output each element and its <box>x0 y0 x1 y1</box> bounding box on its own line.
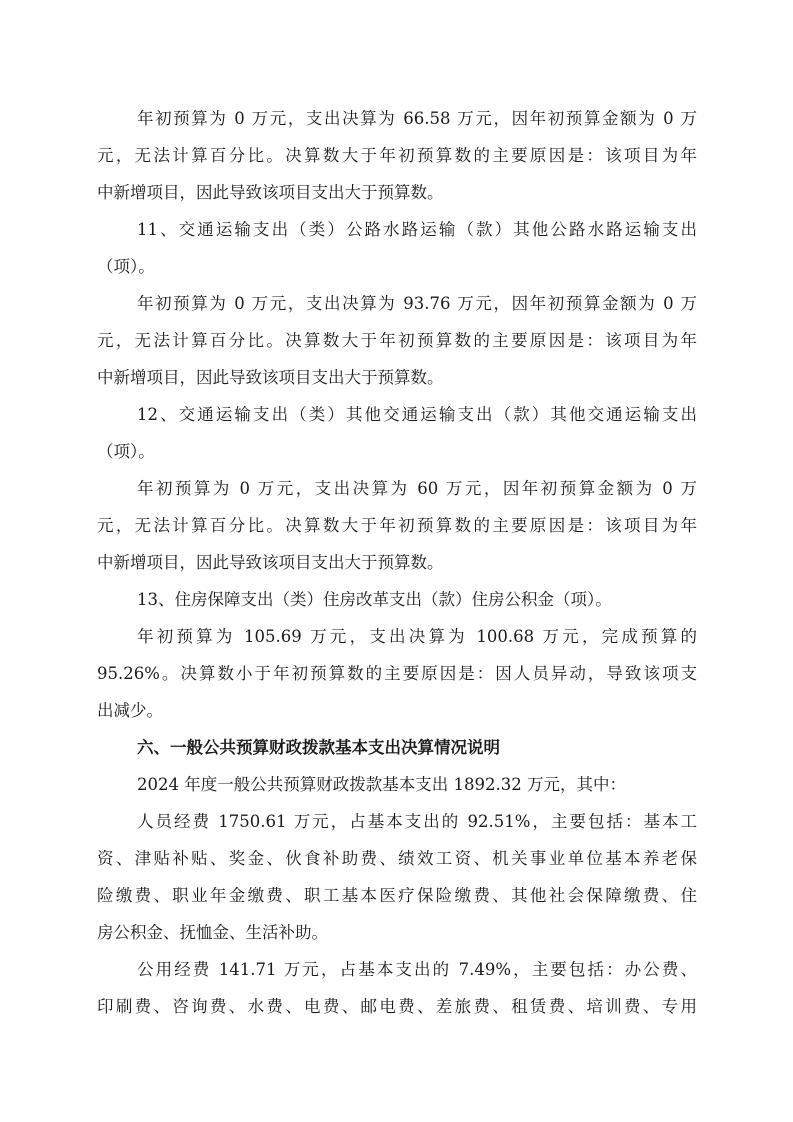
text-line: 房公积金、抚恤金、生活补助。 <box>97 914 697 951</box>
text-line: 95.26%。决算数小于年初预算数的主要原因是：因人员异动，导致该项支 <box>97 655 697 692</box>
text-line: 出减少。 <box>97 692 697 729</box>
document-page: 年初预算为 0 万元，支出决算为 66.58 万元，因年初预算金额为 0 万 元… <box>97 100 697 1025</box>
text-line: （项）。 <box>97 433 697 470</box>
text-line: 印刷费、咨询费、水费、电费、邮电费、差旅费、租赁费、培训费、专用 <box>97 988 697 1025</box>
text-line: 年初预算为 0 万元，支出决算为 60 万元，因年初预算金额为 0 万 <box>97 470 697 507</box>
text-line: 人员经费 1750.61 万元，占基本支出的 92.51%，主要包括：基本工 <box>97 803 697 840</box>
text-line: （项）。 <box>97 248 697 285</box>
text-line: 资、津贴补贴、奖金、伙食补助费、绩效工资、机关事业单位基本养老保 <box>97 840 697 877</box>
text-line: 公用经费 141.71 万元，占基本支出的 7.49%，主要包括：办公费、 <box>97 951 697 988</box>
text-line: 中新增项目，因此导致该项目支出大于预算数。 <box>97 359 697 396</box>
text-line: 年初预算为 0 万元，支出决算为 66.58 万元，因年初预算金额为 0 万 <box>97 100 697 137</box>
item-heading-12: 12、交通运输支出（类）其他交通运输支出（款）其他交通运输支出 <box>97 396 697 433</box>
text-line: 中新增项目，因此导致该项目支出大于预算数。 <box>97 174 697 211</box>
section-heading-6: 六、一般公共预算财政拨款基本支出决算情况说明 <box>97 729 697 766</box>
text-line: 元，无法计算百分比。决算数大于年初预算数的主要原因是：该项目为年 <box>97 507 697 544</box>
text-line: 2024 年度一般公共预算财政拨款基本支出 1892.32 万元，其中： <box>97 766 697 803</box>
text-line: 中新增项目，因此导致该项目支出大于预算数。 <box>97 544 697 581</box>
text-line: 元，无法计算百分比。决算数大于年初预算数的主要原因是：该项目为年 <box>97 322 697 359</box>
text-line: 年初预算为 105.69 万元，支出决算为 100.68 万元，完成预算的 <box>97 618 697 655</box>
text-line: 年初预算为 0 万元，支出决算为 93.76 万元，因年初预算金额为 0 万 <box>97 285 697 322</box>
item-heading-11: 11、交通运输支出（类）公路水路运输（款）其他公路水路运输支出 <box>97 211 697 248</box>
text-line: 险缴费、职业年金缴费、职工基本医疗保险缴费、其他社会保障缴费、住 <box>97 877 697 914</box>
item-heading-13: 13、住房保障支出（类）住房改革支出（款）住房公积金（项）。 <box>97 581 697 618</box>
text-line: 元，无法计算百分比。决算数大于年初预算数的主要原因是：该项目为年 <box>97 137 697 174</box>
